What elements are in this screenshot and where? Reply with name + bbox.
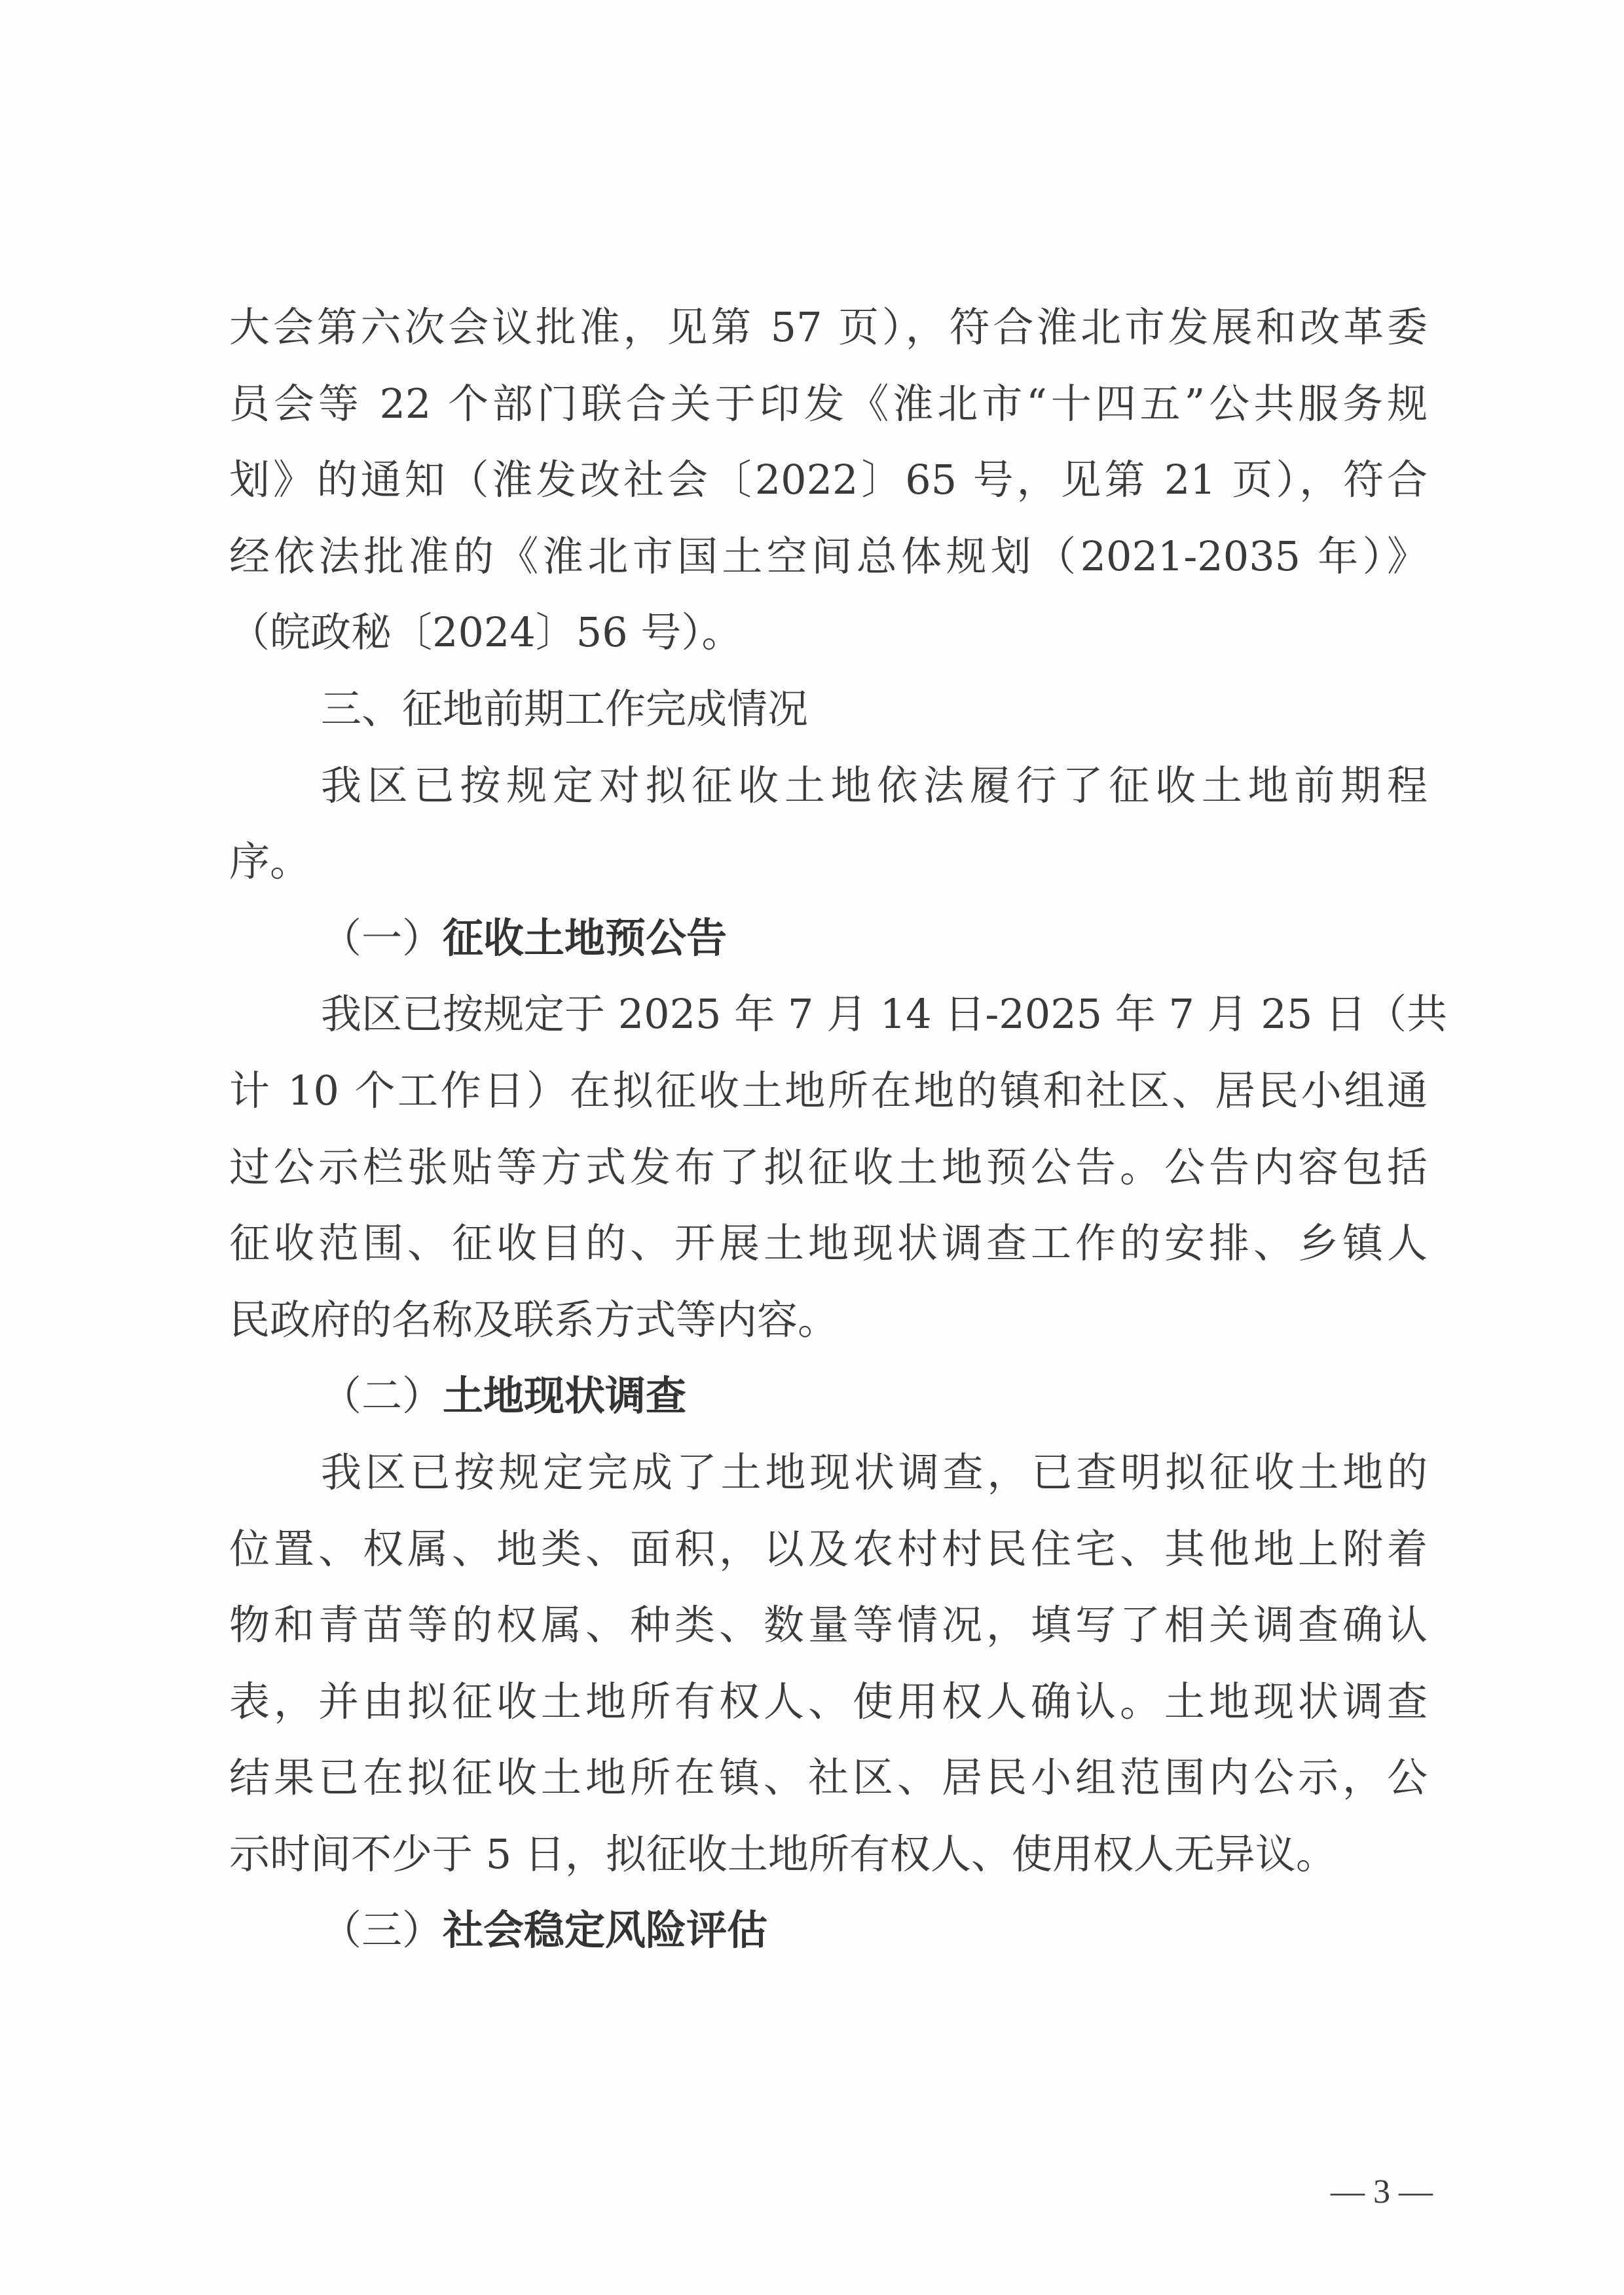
- page-number: — 3 —: [1329, 2173, 1434, 2212]
- body-line: 示时间不少于 5 日，拟征收土地所有权人、使用权人无异议。: [229, 1816, 1428, 1893]
- section-heading-3: 三、征地前期工作完成情况: [229, 671, 1428, 748]
- body-line: 位置、权属、地类、面积，以及农村村民住宅、其他地上附着: [229, 1511, 1428, 1588]
- subsection-number: （三）: [321, 1906, 443, 1954]
- body-line: 大会第六次会议批准，见第 57 页），符合淮北市发展和改革委: [229, 289, 1428, 366]
- body-line: 表，并由拟征收土地所有权人、使用权人确认。土地现状调查: [229, 1664, 1428, 1740]
- document-body: 大会第六次会议批准，见第 57 页），符合淮北市发展和改革委 员会等 22 个部…: [229, 289, 1428, 1969]
- body-line: 物和青苗等的权属、种类、数量等情况，填写了相关调查确认: [229, 1587, 1428, 1664]
- body-line: 计 10 个工作日）在拟征收土地所在地的镇和社区、居民小组通: [229, 1053, 1428, 1129]
- body-line: 序。: [229, 824, 1428, 900]
- body-line: 结果已在拟征收土地所在镇、社区、居民小组范围内公示，公: [229, 1740, 1428, 1816]
- subsection-title: 土地现状调查: [443, 1372, 686, 1420]
- document-page: 大会第六次会议批准，见第 57 页），符合淮北市发展和改革委 员会等 22 个部…: [0, 0, 1624, 2295]
- body-line: 过公示栏张贴等方式发布了拟征收土地预公告。公告内容包括: [229, 1129, 1428, 1206]
- subsection-heading-3: （三）社会稳定风险评估: [229, 1892, 1428, 1969]
- subsection-number: （二）: [321, 1372, 443, 1420]
- paragraph-first-line: 我区已按规定对拟征收土地依法履行了征收土地前期程: [229, 748, 1428, 824]
- subsection-title: 社会稳定风险评估: [443, 1906, 767, 1954]
- body-line: 经依法批准的《淮北市国土空间总体规划（2021-2035 年）》: [229, 519, 1428, 595]
- paragraph-first-line: 我区已按规定完成了土地现状调查，已查明拟征收土地的: [229, 1435, 1428, 1511]
- paragraph-first-line: 我区已按规定于 2025 年 7 月 14 日-2025 年 7 月 25 日（…: [229, 976, 1428, 1053]
- body-line: （皖政秘〔2024〕56 号）。: [229, 595, 1428, 671]
- body-line: 员会等 22 个部门联合关于印发《淮北市“十四五”公共服务规: [229, 366, 1428, 443]
- body-line: 民政府的名称及联系方式等内容。: [229, 1282, 1428, 1359]
- subsection-heading-1: （一）征收土地预公告: [229, 900, 1428, 977]
- body-line: 征收范围、征收目的、开展土地现状调查工作的安排、乡镇人: [229, 1205, 1428, 1282]
- body-line: 划》的通知（淮发改社会〔2022〕65 号，见第 21 页），符合: [229, 442, 1428, 519]
- subsection-heading-2: （二）土地现状调查: [229, 1358, 1428, 1435]
- subsection-number: （一）: [321, 914, 443, 962]
- subsection-title: 征收土地预公告: [443, 914, 727, 962]
